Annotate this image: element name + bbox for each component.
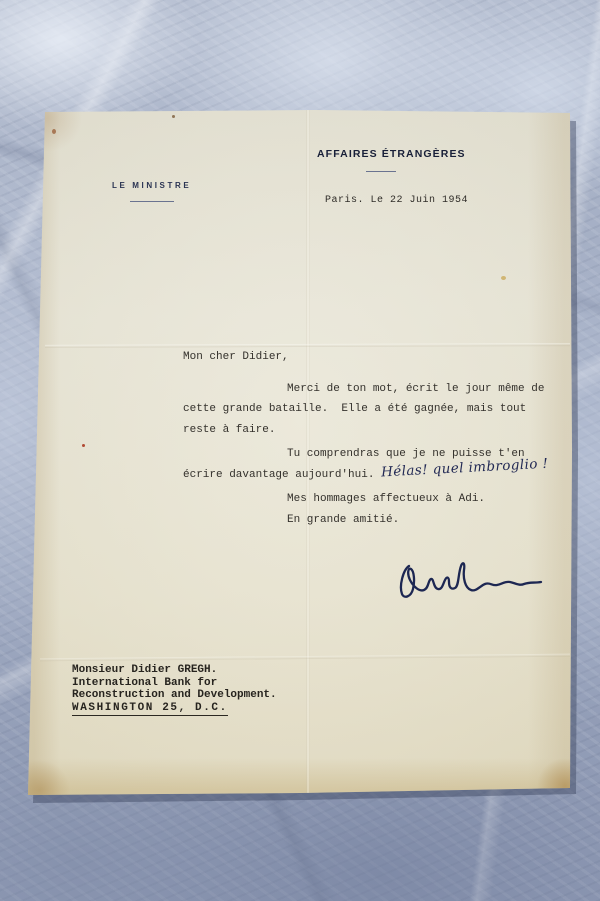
- letter-photograph: AFFAIRES ÉTRANGÈRES LE MINISTRE Paris. L…: [0, 0, 600, 901]
- body-line: Mes hommages affectueux à Adi.: [287, 494, 485, 505]
- recipient-org-line: International Bank for: [72, 678, 217, 689]
- body-line: Merci de ton mot, écrit le jour même de: [287, 384, 544, 395]
- letterhead-rule: [366, 171, 396, 172]
- recipient-name: Monsieur Didier GREGH.: [72, 665, 217, 676]
- foxing-speck: [82, 444, 85, 447]
- body-line: écrire davantage aujourd'hui.: [183, 470, 374, 481]
- recipient-org-line: Reconstruction and Development.: [72, 690, 277, 701]
- lower-fold-crease: [40, 654, 570, 662]
- recipient-city: WASHINGTON 25, D.C.: [72, 703, 228, 716]
- body-line: cette grande bataille. Elle a été gagnée…: [183, 404, 526, 415]
- foxing-speck: [501, 276, 506, 280]
- upper-fold-crease: [45, 343, 570, 348]
- letterhead-ministry: AFFAIRES ÉTRANGÈRES: [317, 148, 466, 160]
- dateline: Paris. Le 22 Juin 1954: [325, 195, 468, 206]
- letterhead-rule: [130, 201, 174, 202]
- letter-paper: AFFAIRES ÉTRANGÈRES LE MINISTRE Paris. L…: [0, 0, 600, 901]
- salutation: Mon cher Didier,: [183, 352, 289, 363]
- body-line: reste à faire.: [183, 425, 275, 436]
- letterhead-minister-title: LE MINISTRE: [112, 181, 191, 190]
- foxing-speck: [52, 129, 56, 134]
- foxing-speck: [172, 115, 175, 118]
- body-line: En grande amitié.: [287, 515, 399, 526]
- signature-scribble: [395, 556, 550, 604]
